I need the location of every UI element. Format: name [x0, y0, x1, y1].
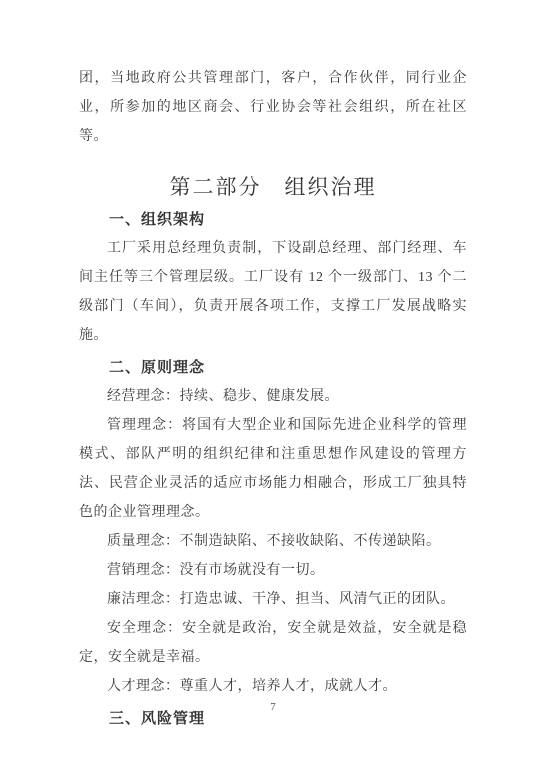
body-paragraph: 廉洁理念：打造忠诚、干净、担当、风清气正的团队。 [79, 585, 467, 614]
section-heading: 一、组织架构 [79, 205, 467, 234]
body-paragraph: 工厂采用总经理负责制，下设副总经理、部门经理、车间主任等三个管理层级。工厂设有 … [79, 234, 467, 350]
body-paragraph: 营销理念：没有市场就没有一切。 [79, 556, 467, 585]
body-paragraph: 质量理念：不制造缺陷、不接收缺陷、不传递缺陷。 [79, 527, 467, 556]
body-paragraph: 经营理念：持续、稳步、健康发展。 [79, 382, 467, 411]
section-heading: 二、原则理念 [79, 353, 467, 382]
body-paragraph: 管理理念：将国有大型企业和国际先进企业科学的管理模式、部队严明的组织纪律和注重思… [79, 411, 467, 527]
body-paragraph: 安全理念：安全就是政治，安全就是效益，安全就是稳定，安全就是幸福。 [79, 614, 467, 672]
sections: 一、组织架构工厂采用总经理负责制，下设副总经理、部门经理、车间主任等三个管理层级… [79, 205, 467, 733]
page-footer: 7 [79, 697, 467, 715]
part-title: 第二部分 组织治理 [79, 172, 467, 202]
document-page: 团，当地政府公共管理部门，客户，合作伙伴，同行业企业，所参加的地区商会、行业协会… [0, 0, 543, 768]
page-number: 7 [270, 701, 276, 713]
continuation-paragraph: 团，当地政府公共管理部门，客户，合作伙伴，同行业企业，所参加的地区商会、行业协会… [79, 64, 467, 151]
